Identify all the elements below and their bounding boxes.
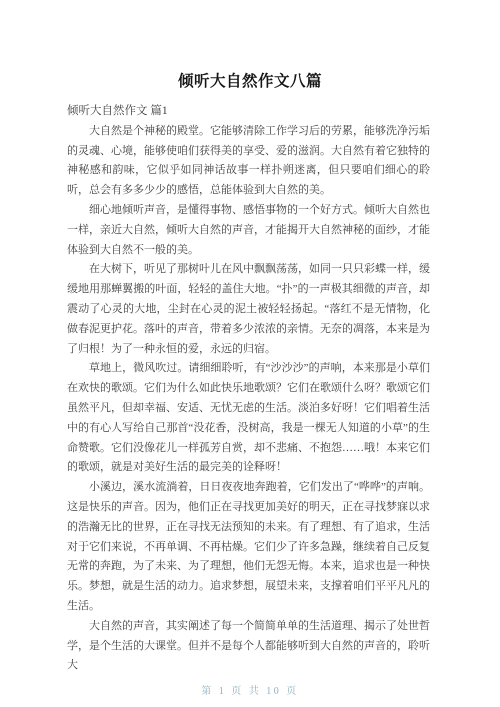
body-paragraph: 细心地倾听声音，是懂得事物、感悟事物的一个好方式。倾听大自然也一样，亲近大自然，…	[67, 201, 430, 260]
document-body: 倾听大自然作文 篇1 大自然是个神秘的殿堂。它能够清除工作学习后的劳累，能够洗净…	[67, 102, 430, 676]
body-paragraph: 大自然是个神秘的殿堂。它能够清除工作学习后的劳累，能够洗净污垢的灵魂、心境，能够…	[67, 122, 430, 201]
page-number-footer: 第 1 页 共 10 页	[0, 685, 500, 699]
body-paragraph: 草地上，微风吹过。请细细聆听，有“沙沙沙”的声响，本来那是小草们在欢快的歌颂。它…	[67, 359, 430, 478]
document-page: 倾听大自然作文八篇 倾听大自然作文 篇1 大自然是个神秘的殿堂。它能够清除工作学…	[0, 0, 500, 707]
body-paragraph: 大自然的声音，其实阐述了每一个简简单单的生活道理、揭示了处世哲学，是个生活的大课…	[67, 617, 430, 676]
body-paragraph: 在大树下，听见了那树叶儿在风中飘飘荡荡，如同一只只彩蝶一样，缓缓地用那蝉翼搬的叶…	[67, 260, 430, 359]
section-heading: 倾听大自然作文 篇1	[67, 102, 430, 122]
body-paragraph: 小溪边，溪水流淌着，日日夜夜地奔跑着，它们发出了“哗哗”的声响。这是快乐的声音。…	[67, 478, 430, 617]
document-title: 倾听大自然作文八篇	[0, 73, 500, 91]
